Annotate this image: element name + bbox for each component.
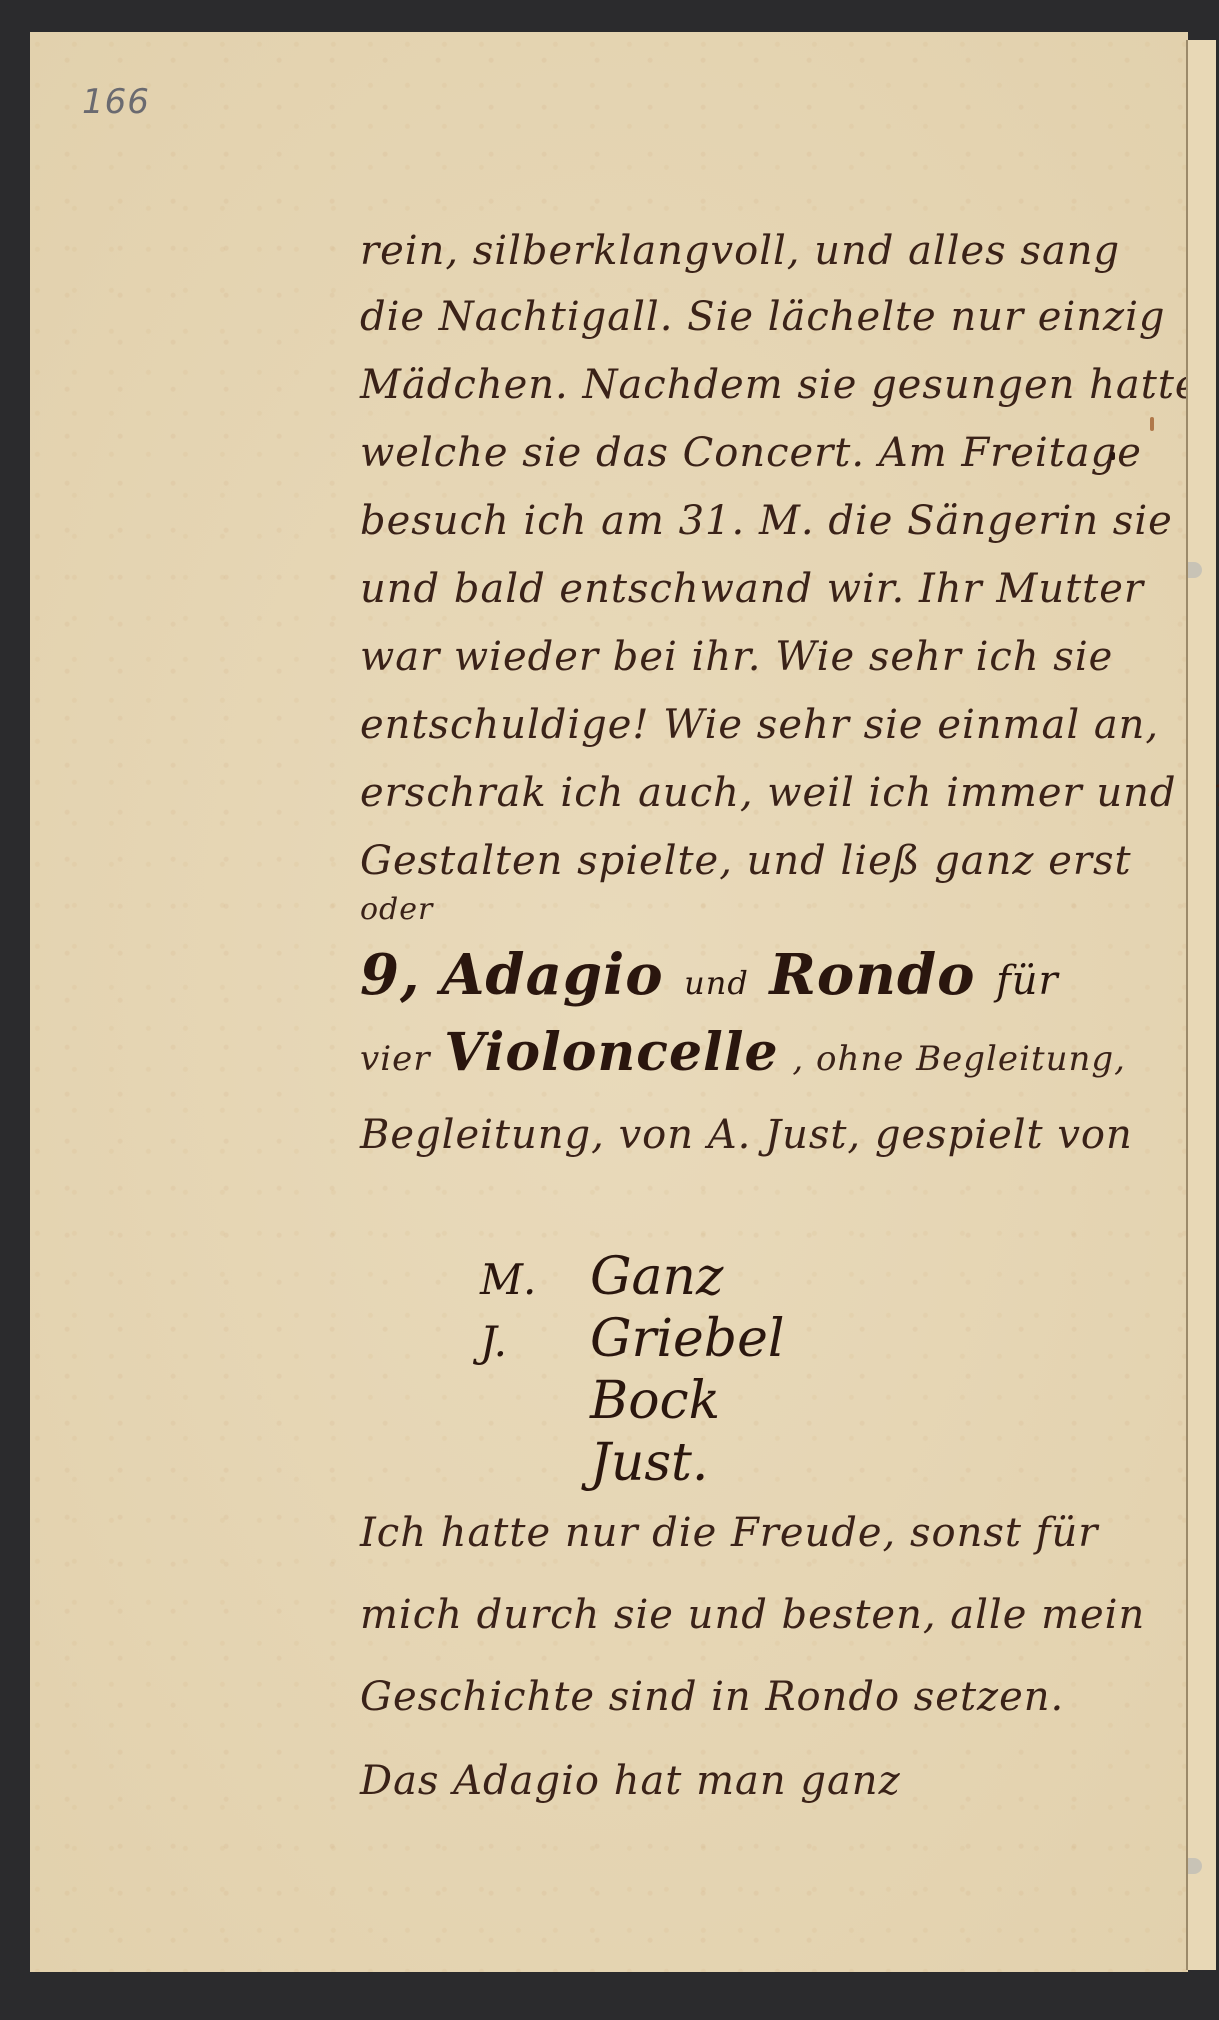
performer-row: M.Ganz (480, 1247, 785, 1309)
performer-initial: M. (480, 1255, 590, 1304)
title-adagio: Adagio (441, 942, 664, 1008)
program-item-line-3: Begleitung, von A. Just, gespielt von (360, 1112, 1133, 1158)
text-line-11: oder (360, 892, 433, 927)
text-line-8: entschuldige! Wie sehr sie einmal an, (360, 702, 1159, 748)
program-number: 9, (360, 942, 420, 1008)
closing-line-2: mich durch sie und besten, alle mein (360, 1592, 1145, 1638)
closing-line-1: Ich hatte nur die Freude, sonst für (360, 1510, 1098, 1556)
manuscript-page: 166 rein, silberklangvoll, und alles san… (30, 32, 1188, 1972)
title-fuer: für (996, 958, 1059, 1004)
performer-name: Bock (590, 1371, 720, 1431)
performer-list: M.Ganz J.Griebel Bock Just. (480, 1247, 785, 1495)
performer-name: Ganz (590, 1247, 723, 1307)
performer-initial: J. (480, 1317, 590, 1366)
closing-line-4: Das Adagio hat man ganz (360, 1758, 901, 1804)
title-rondo: Rondo (769, 942, 975, 1008)
performer-row: Bock (480, 1371, 785, 1433)
program-item-line-2: vier Violoncelle , ohne Begleitung, (360, 1022, 1126, 1083)
text-line-3: Mädchen. Nachdem sie gesungen hatte (360, 362, 1200, 408)
performer-name: Just. (590, 1433, 708, 1493)
text-line-5: besuch ich am 31. M. die Sängerin sie (360, 498, 1173, 544)
ink-speck (1150, 417, 1154, 431)
text-line-6: und bald entschwand wir. Ihr Mutter (360, 566, 1144, 612)
word-violoncelle: Violoncelle (444, 1022, 778, 1083)
text-line-7: war wieder bei ihr. Wie sehr ich sie (360, 634, 1113, 680)
performer-name: Griebel (590, 1309, 785, 1369)
binding-edge (1186, 40, 1216, 1970)
program-item-title: 9, Adagio und Rondo für (360, 942, 1059, 1008)
text-line-2: die Nachtigall. Sie lächelte nur einzig (360, 294, 1166, 340)
text-line-1: rein, silberklangvoll, und alles sang (360, 228, 1120, 274)
closing-line-3: Geschichte sind in Rondo setzen. (360, 1674, 1064, 1720)
text-line-9: erschrak ich auch, weil ich immer und me… (360, 770, 1219, 816)
word-ohne-begleitung: , ohne Begleitung, (792, 1039, 1126, 1079)
performer-row: J.Griebel (480, 1309, 785, 1371)
word-vier: vier (360, 1039, 430, 1079)
title-und: und (684, 964, 749, 1002)
ink-dot (1110, 452, 1115, 460)
folio-number: 166 (82, 82, 150, 122)
text-line-4: welche sie das Concert. Am Freitage (360, 430, 1142, 476)
text-line-10: Gestalten spielte, und ließ ganz erst (360, 838, 1132, 884)
performer-row: Just. (480, 1433, 785, 1495)
